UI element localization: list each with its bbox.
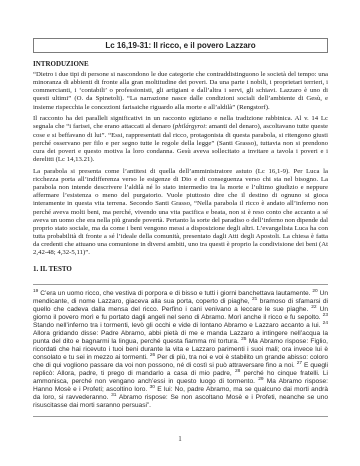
testo-heading: 1. IL TESTO (33, 265, 328, 273)
verse-text: Stando nell’inferno tra i tormenti, levò… (33, 322, 323, 329)
title-box: Lc 16,19-31: Il ricco, e il povero Lazza… (33, 38, 328, 53)
document-page: Lc 16,19-31: Il ricco, e il povero Lazza… (0, 0, 360, 466)
introduction-paragraph-3: La parabola si presenta come l’antitesi … (33, 168, 328, 258)
verse-text: C’era un uomo ricco, che vestiva di porp… (38, 290, 312, 297)
greek-term: philárgyroi (175, 123, 205, 130)
introduction-paragraph-1: “Dietro i due tipi di persone si nascond… (33, 71, 328, 112)
verse-number: 24 (323, 321, 328, 326)
introduction-heading: INTRODUZIONE (33, 60, 328, 68)
page-content: Lc 16,19-31: Il ricco, e il povero Lazza… (33, 38, 328, 417)
scripture-text-block: 19 C’era un uomo ricco, che vestiva di p… (33, 284, 328, 416)
introduction-paragraph-2: Il racconto ha dei paralleli significati… (33, 115, 328, 164)
page-title: Lc 16,19-31: Il ricco, e il povero Lazza… (105, 41, 255, 50)
verse-number: 23 (323, 313, 328, 318)
page-number: 1 (0, 435, 360, 443)
